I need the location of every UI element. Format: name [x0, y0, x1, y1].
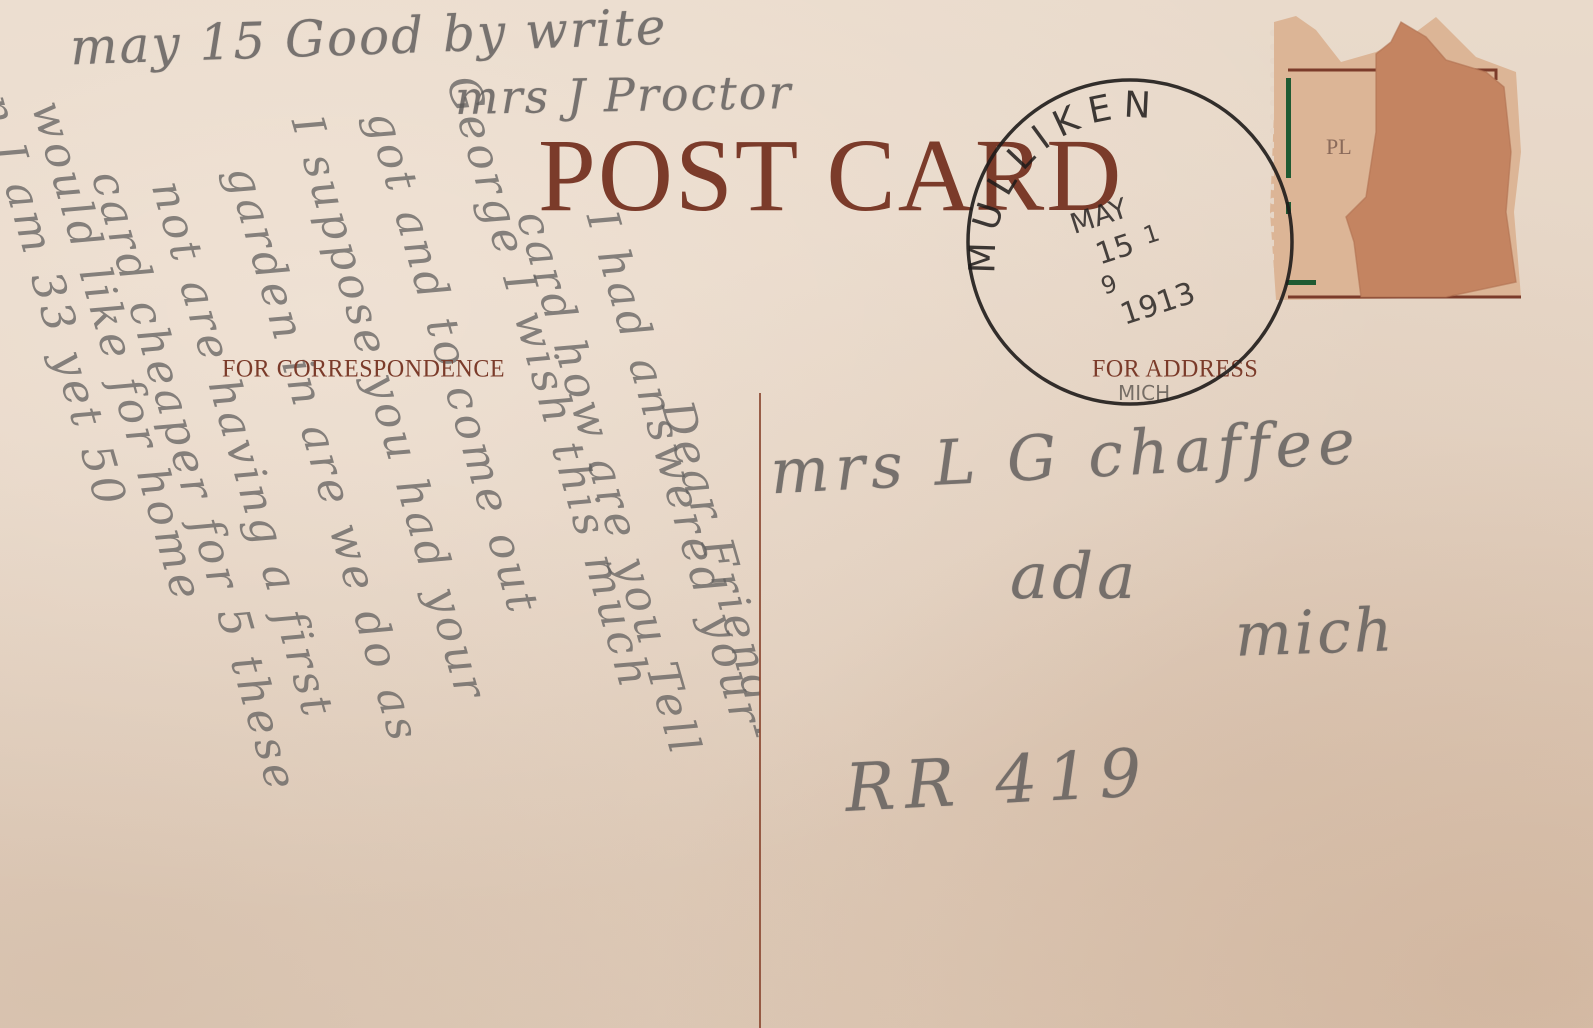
svg-text:9: 9	[1097, 269, 1120, 300]
svg-text:1: 1	[1140, 219, 1163, 250]
center-divider-line	[759, 393, 761, 1028]
postcard: Dear Friend I thought I had answered you…	[0, 0, 1593, 1028]
address-name: mrs L G chaffee	[768, 405, 1362, 509]
svg-text:15: 15	[1091, 227, 1138, 272]
torn-stamp: PL	[1266, 12, 1528, 304]
svg-text:MICH: MICH	[1118, 381, 1170, 405]
svg-text:1913: 1913	[1116, 276, 1199, 333]
svg-text:PL: PL	[1326, 134, 1352, 159]
handwritten-sender: mrs J Proctor	[455, 65, 793, 125]
postmark-cancellation: MULLIKEN MAY 15 1 9 1913 MICH	[960, 70, 1296, 416]
correspondence-label: FOR CORRESPONDENCE	[222, 355, 505, 383]
address-state: mich	[1234, 595, 1397, 671]
address-city: ada	[1010, 540, 1139, 614]
address-route: RR 419	[843, 734, 1153, 827]
